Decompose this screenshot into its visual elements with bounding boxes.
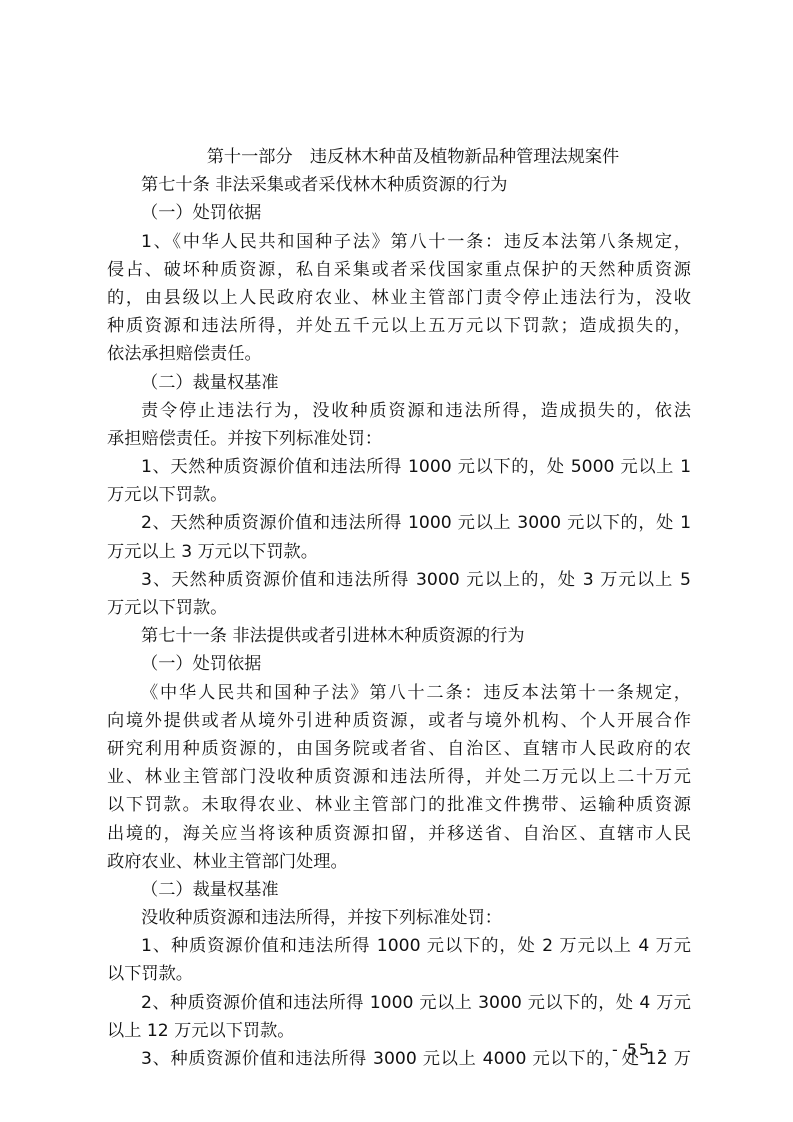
text-line: 侵占、破坏种质资源，私自采集或者采伐国家重点保护的天然种质资源: [107, 256, 691, 284]
text-line: 《中华人民共和国种子法》第八十二条：违反本法第十一条规定，: [107, 679, 691, 707]
text-line: 的，由县级以上人民政府农业、林业主管部门责令停止违法行为，没收: [107, 284, 691, 312]
text-line: （二）裁量权基准: [107, 876, 691, 904]
text-line: 以下罚款。: [107, 960, 691, 988]
text-line: 业、林业主管部门没收种质资源和违法所得，并处二万元以上二十万元: [107, 763, 691, 791]
text-line: 研究利用种质资源的，由国务院或者省、自治区、直辖市人民政府的农: [107, 735, 691, 763]
text-line: 向境外提供或者从境外引进种质资源，或者与境外机构、个人开展合作: [107, 707, 691, 735]
text-line: 责令停止违法行为，没收种质资源和违法所得，造成损失的，依法: [107, 397, 691, 425]
document-body: 第七十条 非法采集或者采伐林木种质资源的行为（一）处罚依据1、《中华人民共和国种…: [107, 171, 691, 1073]
page-number: - 55 -: [612, 1040, 666, 1059]
document-page: 第十一部分 违反林木种苗及植物新品种管理法规案件 第七十条 非法采集或者采伐林木…: [107, 143, 691, 1073]
text-line: 以下罚款。未取得农业、林业主管部门的批准文件携带、运输种质资源: [107, 791, 691, 819]
text-line: 1、种质资源价值和违法所得 1000 元以下的，处 2 万元以上 4 万元: [107, 932, 691, 960]
text-line: 万元以下罚款。: [107, 594, 691, 622]
text-line: （二）裁量权基准: [107, 369, 691, 397]
part-title: 第十一部分 违反林木种苗及植物新品种管理法规案件: [107, 143, 691, 171]
text-line: 出境的，海关应当将该种质资源扣留，并移送省、自治区、直辖市人民: [107, 820, 691, 848]
text-line: 种质资源和违法所得，并处五千元以上五万元以下罚款；造成损失的，: [107, 312, 691, 340]
text-line: 3、种质资源价值和违法所得 3000 元以上 4000 元以下的，处 12 万: [107, 1045, 691, 1073]
text-line: 依法承担赔偿责任。: [107, 340, 691, 368]
text-line: 1、《中华人民共和国种子法》第八十一条：违反本法第八条规定，: [107, 228, 691, 256]
text-line: 政府农业、林业主管部门处理。: [107, 848, 691, 876]
text-line: 第七十一条 非法提供或者引进林木种质资源的行为: [107, 622, 691, 650]
text-line: 承担赔偿责任。并按下列标准处罚：: [107, 425, 691, 453]
text-line: 第七十条 非法采集或者采伐林木种质资源的行为: [107, 171, 691, 199]
text-line: 万元以上 3 万元以下罚款。: [107, 538, 691, 566]
text-line: （一）处罚依据: [107, 199, 691, 227]
text-line: 2、种质资源价值和违法所得 1000 元以上 3000 元以下的，处 4 万元: [107, 989, 691, 1017]
text-line: 没收种质资源和违法所得，并按下列标准处罚：: [107, 904, 691, 932]
text-line: 1、天然种质资源价值和违法所得 1000 元以下的，处 5000 元以上 1: [107, 453, 691, 481]
text-line: （一）处罚依据: [107, 650, 691, 678]
text-line: 以上 12 万元以下罚款。: [107, 1017, 691, 1045]
text-line: 万元以下罚款。: [107, 481, 691, 509]
text-line: 2、天然种质资源价值和违法所得 1000 元以上 3000 元以下的，处 1: [107, 509, 691, 537]
text-line: 3、天然种质资源价值和违法所得 3000 元以上的，处 3 万元以上 5: [107, 566, 691, 594]
